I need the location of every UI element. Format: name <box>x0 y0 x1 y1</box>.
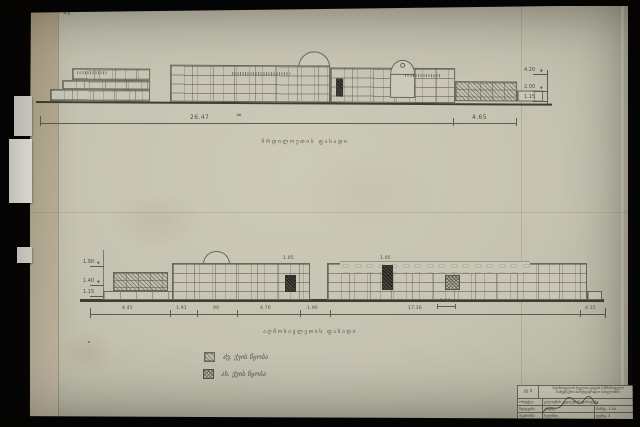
photo-of-drawing-sheet: 11 4.20 2.00 1.15 ▼ ▼ 26.47 ≈ 4.65 <box>0 0 640 427</box>
signature-scribble <box>540 396 600 420</box>
bottom-elevation-caption: აღმოსავლეთის ფასადი <box>240 330 380 336</box>
row-extra: მასშტ. 1:50 <box>594 405 637 412</box>
level-symbol-icon: ▼ <box>97 262 100 266</box>
bottom-elevation-group: 1.90 1.40 1.15 ▼ ▼ 1.05 1.05 2.10 <box>0 0 640 427</box>
object-label: ობიექტი <box>518 398 542 405</box>
dimension-tick <box>580 310 581 317</box>
dimension-value: 2.10 <box>440 300 451 305</box>
dimension-value: 1.05 <box>380 257 391 262</box>
paper-tab <box>9 139 32 203</box>
row-extra: ფურც. 3 <box>594 412 637 419</box>
dimension-tick <box>605 308 606 318</box>
row-label: შეადგინა <box>518 405 542 412</box>
dimension-value: 17.36 <box>408 307 422 312</box>
window-slot <box>285 275 296 292</box>
dimension-tick <box>455 304 456 309</box>
level-label: 1.40 <box>83 279 94 284</box>
paper-tab <box>17 247 32 263</box>
door-opening <box>382 265 393 290</box>
level-tick <box>90 296 104 297</box>
dimension-value: 90 <box>213 307 219 312</box>
org-line-2: სამეცნიერო-სარესტავრაციო სახელოსნო <box>540 391 636 395</box>
row-label: შეამოწმა <box>518 412 542 419</box>
paper-tab <box>14 96 32 136</box>
dimension-tick <box>437 304 438 309</box>
dimension-line <box>437 306 455 307</box>
patched-masonry <box>445 275 460 290</box>
rubble-stones <box>340 261 530 273</box>
level-symbol-icon: ▼ <box>97 281 100 285</box>
dimension-tick <box>237 310 238 317</box>
level-tick <box>90 285 104 286</box>
dimension-tick <box>300 310 301 317</box>
dimension-line <box>90 314 605 315</box>
legend-label: ახ. ქვის წყობა <box>221 371 266 378</box>
dimension-tick <box>90 308 91 318</box>
wall-base-course <box>587 291 602 300</box>
legend-label: ძვ. ქვის წყობა <box>223 354 268 361</box>
wall-segment-hatched <box>113 272 168 291</box>
dimension-tick <box>197 310 198 317</box>
dimension-tick <box>170 310 171 317</box>
dimension-value: 4.45 <box>122 307 133 312</box>
dimension-value: 1.90 <box>307 307 318 312</box>
title-block-code: ჯგ 4 <box>518 386 538 398</box>
legend-swatch-old-masonry <box>204 352 215 362</box>
dimension-value: 1.91 <box>176 307 187 312</box>
level-label: 1.90 <box>83 260 94 265</box>
level-label: 1.15 <box>83 290 94 295</box>
dimension-value: 4.15 <box>585 307 596 312</box>
dimension-value: 1.05 <box>283 257 294 262</box>
level-tick <box>90 266 104 267</box>
dimension-value: 4.70 <box>260 307 271 312</box>
dimension-tick <box>330 310 331 317</box>
legend-swatch-new-masonry <box>203 369 214 379</box>
